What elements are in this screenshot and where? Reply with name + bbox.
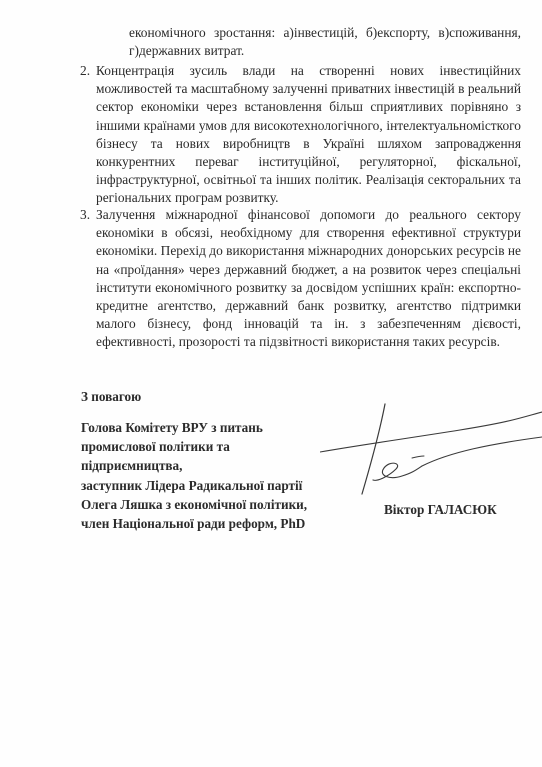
handwritten-signature-icon bbox=[320, 390, 542, 500]
list-item-number: 2. bbox=[80, 62, 96, 80]
document-page: економічного зростання: а)інвестицій, б)… bbox=[0, 0, 542, 767]
signatory-title-line: підприємництва, bbox=[81, 456, 307, 475]
signatory-title-line: член Національної ради реформ, PhD bbox=[81, 514, 307, 533]
list-item-text: Залучення міжнародної фінансової допомог… bbox=[96, 206, 521, 352]
list-item-3: 3. Залучення міжнародної фінансової допо… bbox=[80, 206, 521, 352]
signatory-title-line: промислової політики та bbox=[81, 437, 307, 456]
list-item-number: 3. bbox=[80, 206, 96, 224]
signatory-title-line: Олега Ляшка з економічної політики, bbox=[81, 495, 307, 514]
signatory-title-line: Голова Комітету ВРУ з питань bbox=[81, 418, 307, 437]
signatory-name: Віктор ГАЛАСЮК bbox=[384, 502, 497, 518]
continuation-paragraph: економічного зростання: а)інвестицій, б)… bbox=[129, 24, 521, 60]
signatory-title-line: заступник Лідера Радикальної партії bbox=[81, 476, 307, 495]
list-item-text: Концентрація зусиль влади на створенні н… bbox=[96, 62, 521, 208]
closing-salutation: З повагою bbox=[81, 389, 141, 405]
signatory-title: Голова Комітету ВРУ з питань промислової… bbox=[81, 418, 307, 533]
list-item-2: 2. Концентрація зусиль влади на створенн… bbox=[80, 62, 521, 208]
